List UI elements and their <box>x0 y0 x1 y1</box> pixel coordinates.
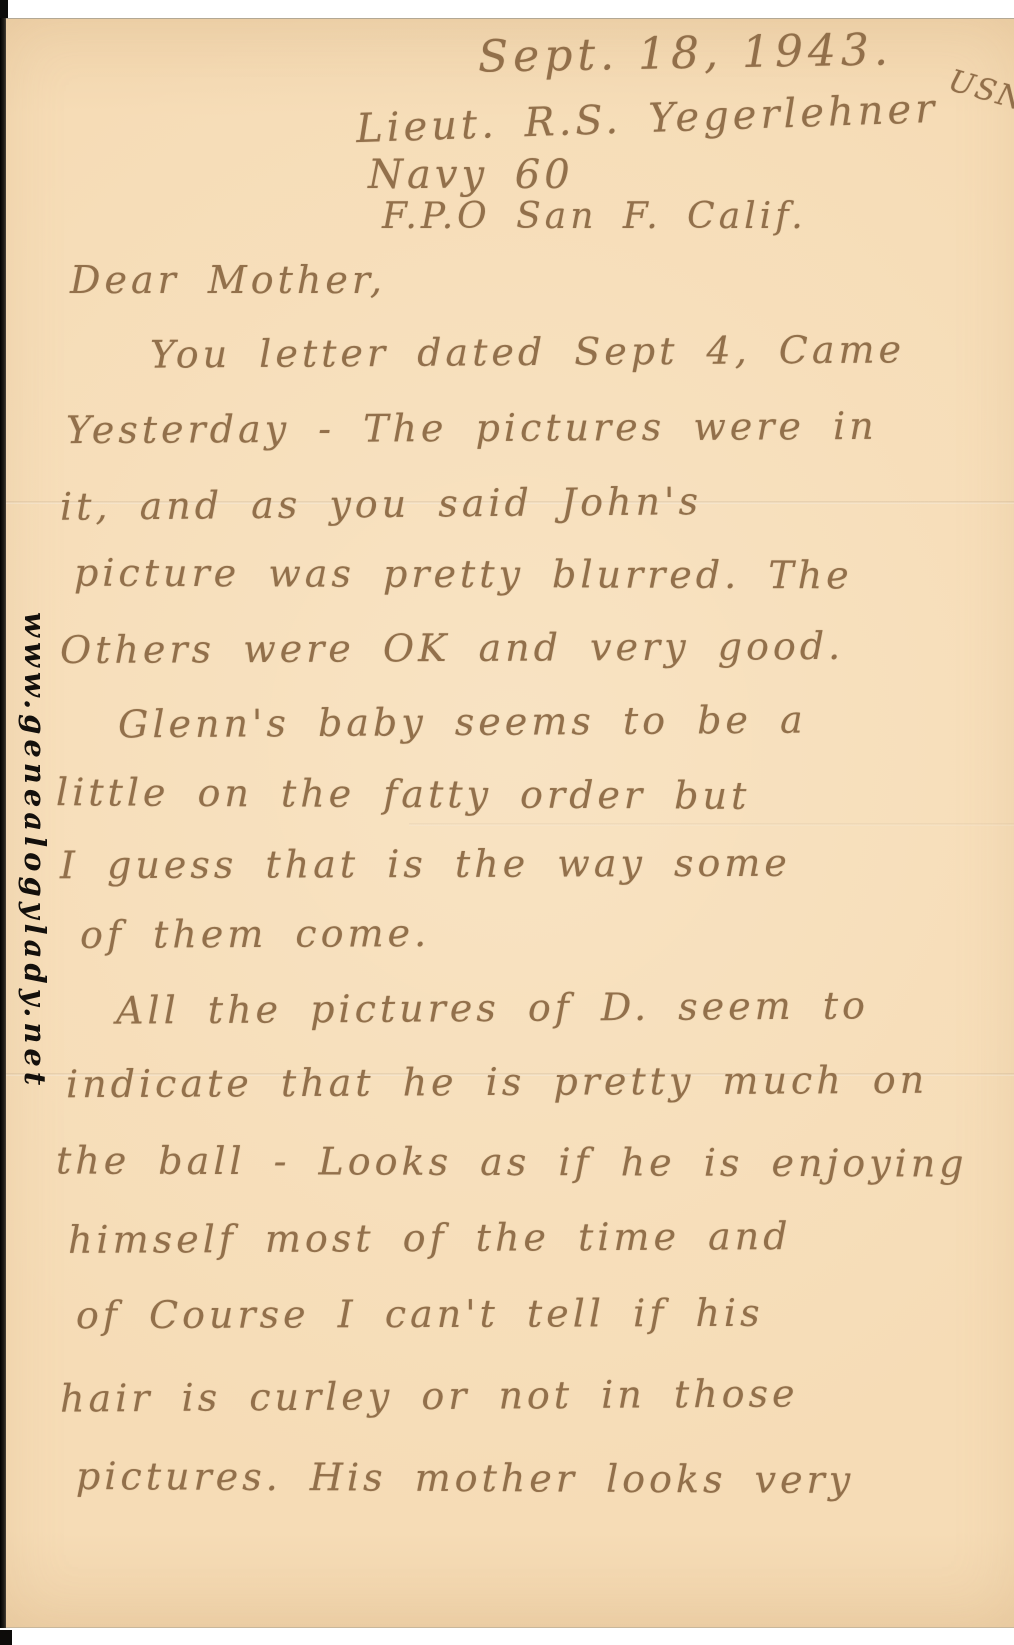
handwritten-line: of them come. <box>80 911 430 957</box>
handwritten-line: Yesterday - The pictures were in <box>66 404 878 452</box>
handwritten-line: of Course I can't tell if his <box>76 1291 764 1337</box>
handwritten-line: hair is curley or not in those <box>60 1371 799 1420</box>
watermark-text: www.genealogylady.net <box>18 612 52 1090</box>
handwritten-line: picture was pretty blurred. The <box>74 551 853 598</box>
handwritten-line: indicate that he is pretty much on <box>66 1058 928 1107</box>
handwritten-line: the ball - Looks as if he is enjoying <box>56 1138 968 1185</box>
handwritten-line: I guess that is the way some <box>60 841 791 888</box>
scanned-letter: www.genealogylady.net Sept. 18, 1943. Li… <box>0 0 1014 1645</box>
scan-bottom-strip <box>0 1628 1014 1645</box>
handwritten-line: little on the fatty order but <box>56 770 751 818</box>
fold-line <box>409 823 1014 826</box>
handwritten-line: pictures. His mother looks very <box>76 1454 854 1502</box>
address-line: F.P.O San F. Calif. <box>382 196 807 237</box>
scan-bottom-corner-mark <box>0 1630 12 1645</box>
date-line: Sept. 18, 1943. <box>478 24 894 82</box>
handwritten-line: All the pictures of D. seem to <box>116 983 869 1032</box>
handwritten-line: himself most of the time and <box>68 1214 792 1262</box>
scanner-edge-mark <box>0 0 8 18</box>
handwritten-line: it, and as you said John's <box>60 479 702 529</box>
unit-line: Navy 60 <box>368 152 574 198</box>
scan-left-edge <box>0 18 6 1628</box>
handwritten-line: You letter dated Sept 4, Came <box>150 327 905 376</box>
handwritten-line: Glenn's baby seems to be a <box>118 698 807 747</box>
handwritten-line: Others were OK and very good. <box>60 624 844 672</box>
scan-top-strip <box>0 0 1014 18</box>
salutation: Dear Mother, <box>70 258 386 302</box>
